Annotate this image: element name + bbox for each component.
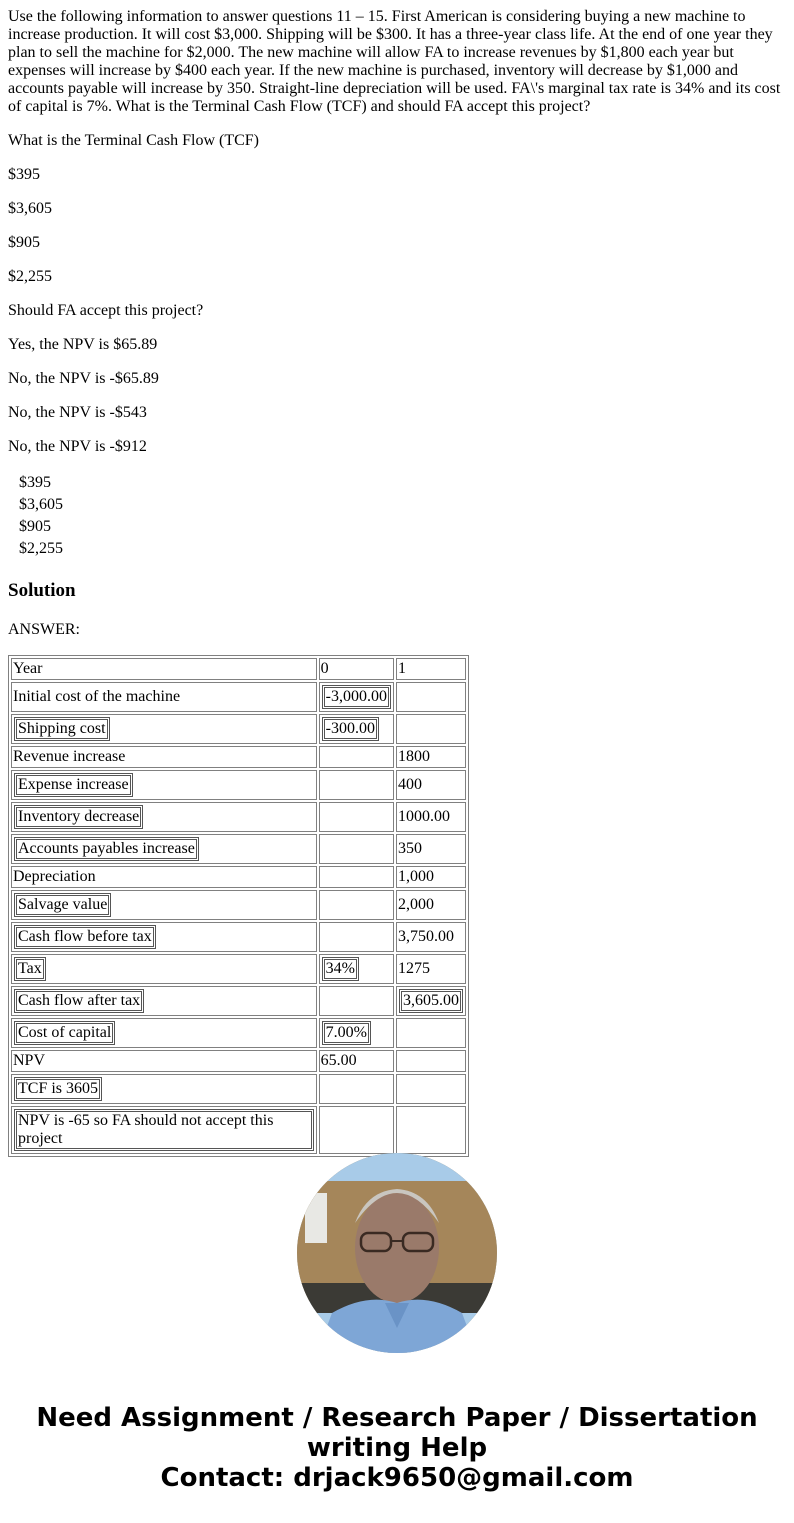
year1-cell: 3,750.00 xyxy=(396,922,466,952)
table-row: NPV is -65 so FA should not accept this … xyxy=(11,1106,466,1154)
year0-cell: 34% xyxy=(322,957,359,981)
row-label: NPV xyxy=(11,1050,317,1072)
option-list-item: $2,255 xyxy=(19,540,63,562)
row-label: Tax xyxy=(14,957,46,981)
table-row: Expense increase 400 xyxy=(11,770,466,800)
accept-option-3: No, the NPV is -$543 xyxy=(8,404,147,422)
year0-cell xyxy=(319,1106,394,1154)
table-row: Shipping cost -300.00 xyxy=(11,714,466,744)
year0-cell xyxy=(319,890,394,920)
tcf-option-4: $2,255 xyxy=(8,268,52,286)
year0-cell: -300.00 xyxy=(322,717,379,741)
option-list-item: $905 xyxy=(19,518,63,540)
year1-cell: 1275 xyxy=(396,954,466,984)
table-row: NPV 65.00 xyxy=(11,1050,466,1072)
question-tcf: What is the Terminal Cash Flow (TCF) xyxy=(8,132,259,150)
year1-cell: 350 xyxy=(396,834,466,864)
table-row: Tax 34% 1275 xyxy=(11,954,466,984)
table-row: Depreciation 1,000 xyxy=(11,866,466,888)
year1-cell: 1000.00 xyxy=(396,802,466,832)
year1-cell: 400 xyxy=(396,770,466,800)
row-label: Cost of capital xyxy=(14,1021,115,1045)
year0-cell: -3,000.00 xyxy=(322,685,391,709)
row-label: Cash flow before tax xyxy=(14,925,156,949)
year0-cell xyxy=(319,834,394,864)
row-label: Cash flow after tax xyxy=(14,989,144,1013)
table-row: Initial cost of the machine -3,000.00 xyxy=(11,682,466,712)
solution-table: Year 0 1 Initial cost of the machine -3,… xyxy=(8,655,469,1157)
year1-cell xyxy=(396,1050,466,1072)
year0-cell xyxy=(319,802,394,832)
year0-cell xyxy=(319,770,394,800)
accept-option-4: No, the NPV is -$912 xyxy=(8,438,147,456)
row-label: Accounts payables increase xyxy=(14,837,199,861)
portrait-photo xyxy=(297,1153,497,1353)
option-list: $395 $3,605 $905 $2,255 xyxy=(19,474,63,562)
year1-cell xyxy=(396,1018,466,1048)
year1-cell xyxy=(396,714,466,744)
year0-cell xyxy=(319,986,394,1016)
row-label: Inventory decrease xyxy=(14,805,143,829)
table-row: Accounts payables increase 350 xyxy=(11,834,466,864)
row-label: NPV is -65 so FA should not accept this … xyxy=(14,1109,314,1151)
row-label: Expense increase xyxy=(14,773,133,797)
table-row: Revenue increase 1800 xyxy=(11,746,466,768)
option-list-item: $395 xyxy=(19,474,63,496)
year1-cell: 2,000 xyxy=(396,890,466,920)
year0-cell xyxy=(319,746,394,768)
year1-cell: 1800 xyxy=(396,746,466,768)
year0-cell xyxy=(319,866,394,888)
table-row: Inventory decrease 1000.00 xyxy=(11,802,466,832)
year0-cell: 65.00 xyxy=(319,1050,394,1072)
accept-option-2: No, the NPV is -$65.89 xyxy=(8,370,159,388)
tcf-option-2: $3,605 xyxy=(8,200,52,218)
row-label: Depreciation xyxy=(11,866,317,888)
table-row: TCF is 3605 xyxy=(11,1074,466,1104)
year1-cell xyxy=(396,1106,466,1154)
year0-cell: 7.00% xyxy=(322,1021,371,1045)
banner-line-2: writing Help xyxy=(0,1433,794,1463)
banner-line-1: Need Assignment / Research Paper / Disse… xyxy=(0,1403,794,1433)
row-label: Revenue increase xyxy=(11,746,317,768)
year0-cell xyxy=(319,1074,394,1104)
table-row: Cost of capital 7.00% xyxy=(11,1018,466,1048)
table-row: Year 0 1 xyxy=(11,658,466,680)
row-label: Shipping cost xyxy=(14,717,110,741)
answer-label: ANSWER: xyxy=(8,621,80,639)
tcf-option-3: $905 xyxy=(8,234,40,252)
table-row: Cash flow after tax 3,605.00 xyxy=(11,986,466,1016)
accept-option-1: Yes, the NPV is $65.89 xyxy=(8,336,157,354)
avatar xyxy=(297,1153,497,1353)
year1-cell xyxy=(396,682,466,712)
year0-cell: 0 xyxy=(319,658,394,680)
table-row: Salvage value 2,000 xyxy=(11,890,466,920)
option-list-item: $3,605 xyxy=(19,496,63,518)
row-label: TCF is 3605 xyxy=(14,1077,102,1101)
year1-cell xyxy=(396,1074,466,1104)
question-intro: Use the following information to answer … xyxy=(8,8,786,116)
banner-contact-email: Contact: drjack9650@gmail.com xyxy=(0,1463,794,1493)
contact-banner: Need Assignment / Research Paper / Disse… xyxy=(0,1403,794,1493)
year1-cell: 1,000 xyxy=(396,866,466,888)
year1-cell: 1 xyxy=(396,658,466,680)
row-label: Year xyxy=(11,658,317,680)
row-label: Salvage value xyxy=(14,893,111,917)
year1-cell: 3,605.00 xyxy=(399,989,463,1013)
table-row: Cash flow before tax 3,750.00 xyxy=(11,922,466,952)
tcf-option-1: $395 xyxy=(8,166,40,184)
year0-cell xyxy=(319,922,394,952)
solution-heading: Solution xyxy=(8,582,76,600)
row-label: Initial cost of the machine xyxy=(11,682,317,712)
question-accept: Should FA accept this project? xyxy=(8,302,203,320)
